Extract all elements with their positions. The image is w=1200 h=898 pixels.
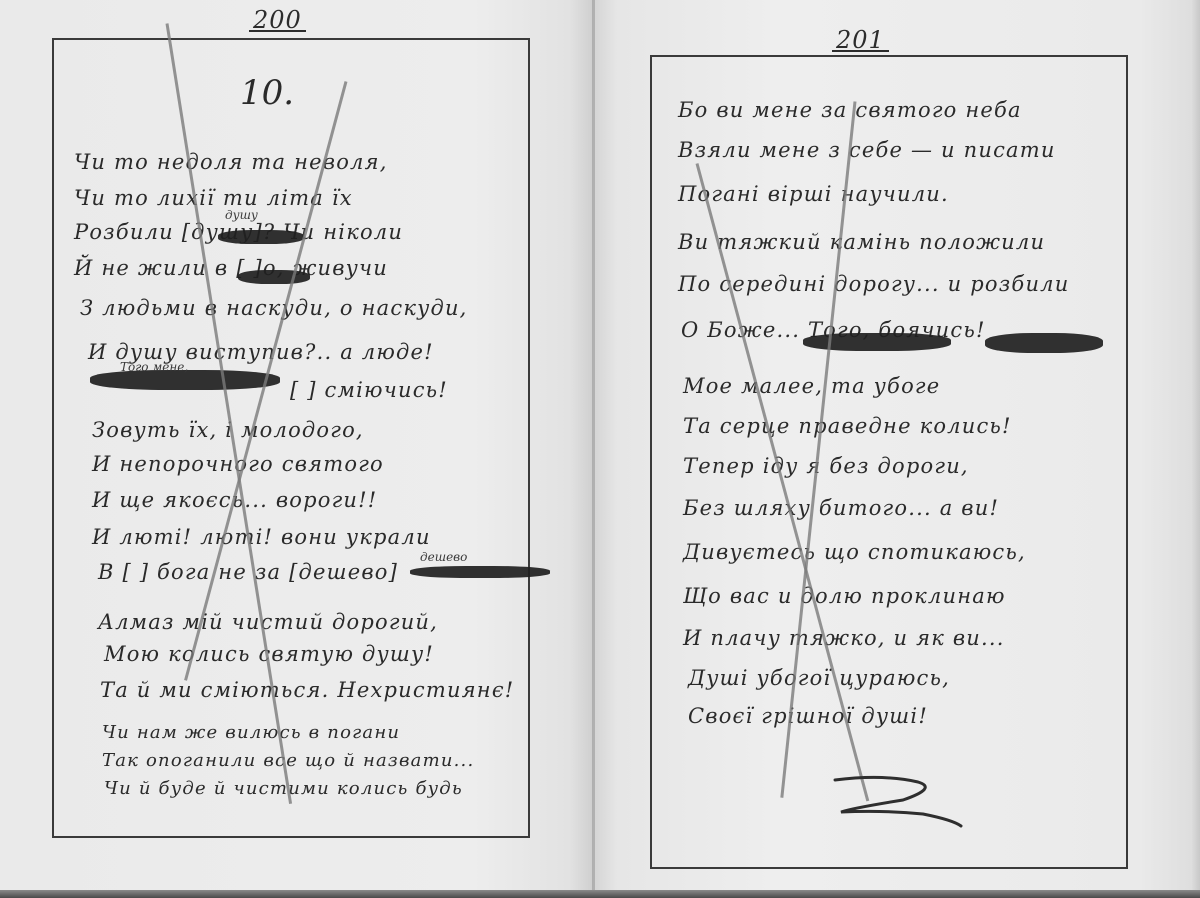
poem-number: 10. xyxy=(240,73,294,113)
manuscript-spread: 200 10. Чи то недоля та неволя, Чи то ли… xyxy=(0,0,1200,898)
manuscript-line: Погані вірші научили. xyxy=(678,182,949,206)
ink-blot xyxy=(803,333,951,351)
scan-bottom-edge xyxy=(0,890,1200,898)
manuscript-line: Своєї грішної душі! xyxy=(688,704,928,728)
struck-annotation: дешево xyxy=(420,550,467,564)
manuscript-line: Дивуєтесь що спотикаюсь, xyxy=(683,540,1026,564)
manuscript-line: Так опоганили все що й назвати... xyxy=(102,750,474,771)
manuscript-line: З людьми в наскуди, о наскуди, xyxy=(80,296,468,320)
manuscript-line: Що вас и долю проклинаю xyxy=(683,584,1006,608)
ink-blot xyxy=(985,333,1103,353)
right-page: 201 Бо ви мене за святого неба Взяли мен… xyxy=(593,0,1200,890)
manuscript-line: [ ] сміючись! xyxy=(290,378,448,402)
manuscript-line: Душі убогої цураюсь, xyxy=(688,666,950,690)
end-flourish-icon xyxy=(823,770,983,830)
page-number-left: 200 xyxy=(253,6,302,34)
manuscript-line: Та серце праведне колись! xyxy=(683,414,1012,438)
manuscript-line: И плачу тяжко, и як ви... xyxy=(683,626,1005,650)
left-page: 200 10. Чи то недоля та неволя, Чи то ли… xyxy=(0,0,593,890)
struck-annotation: душу xyxy=(225,208,258,222)
manuscript-line: Й не жили в [ ]о, живучи xyxy=(74,256,388,280)
ink-blot xyxy=(218,230,304,244)
manuscript-line: Взяли мене з себе — и писати xyxy=(678,138,1056,162)
ink-blot xyxy=(238,270,310,284)
manuscript-line: Бо ви мене за святого неба xyxy=(678,98,1022,122)
manuscript-line: В [ ] бога не за [дешево] xyxy=(98,560,398,584)
manuscript-line: Мое малее, та убоге xyxy=(683,374,940,398)
manuscript-line: Ви тяжкий камінь положили xyxy=(678,230,1045,254)
manuscript-line: По середині дорогу... и розбили xyxy=(678,272,1069,296)
page-edge xyxy=(1192,0,1200,890)
manuscript-line: Чи нам же вилюсь в погани xyxy=(102,722,400,743)
manuscript-line: Тепер іду я без дороги, xyxy=(683,454,969,478)
manuscript-line: Алмаз мій чистий дорогий, xyxy=(98,610,438,634)
manuscript-line: Та й ми сміються. Нехристиянє! xyxy=(100,678,514,702)
manuscript-line: Без шляху битого... а ви! xyxy=(683,496,999,520)
manuscript-line: Чи й буде й чистими колись будь xyxy=(104,778,463,799)
ink-blot xyxy=(410,566,550,578)
book-gutter xyxy=(592,0,595,890)
manuscript-line: Чи то недоля та неволя, xyxy=(74,150,388,174)
manuscript-line: И люті! люті! вони украли xyxy=(92,525,431,549)
page-number-right: 201 xyxy=(836,26,885,54)
struck-annotation: Того мене, xyxy=(120,360,188,374)
